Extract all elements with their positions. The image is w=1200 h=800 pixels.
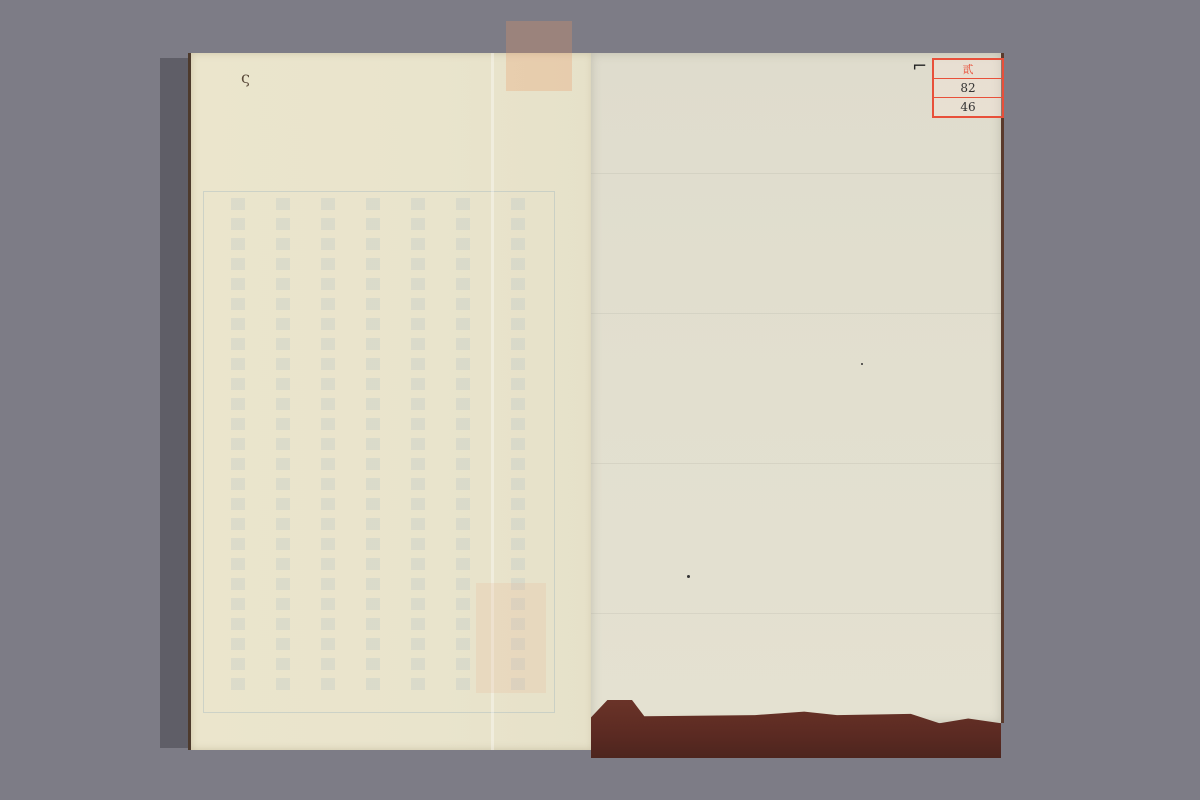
right-page	[591, 53, 1004, 723]
paper-fiber	[591, 463, 1001, 464]
show-through-column	[411, 198, 425, 698]
stamp-bottom: 46	[934, 98, 1002, 116]
handwritten-mark: ς	[241, 68, 250, 87]
book-shadow	[160, 58, 190, 748]
show-through-column	[231, 198, 245, 698]
show-through-column	[276, 198, 290, 698]
left-page: ς	[188, 53, 593, 750]
stamp-top: 貳	[934, 60, 1002, 79]
ink-spot	[861, 363, 863, 365]
stamp-middle: 82	[934, 79, 1002, 98]
paper-fiber	[591, 313, 1001, 314]
library-stamp: 貳 82 46	[932, 58, 1004, 118]
ink-spot	[687, 575, 690, 578]
corner-mark: ⌐	[912, 56, 927, 77]
ghost-stamp-top	[506, 21, 572, 91]
ghost-stamp-bottom	[476, 583, 546, 693]
paper-fiber	[591, 173, 1001, 174]
paper-fiber	[591, 613, 1001, 614]
show-through-column	[366, 198, 380, 698]
show-through-column	[321, 198, 335, 698]
show-through-column	[456, 198, 470, 698]
